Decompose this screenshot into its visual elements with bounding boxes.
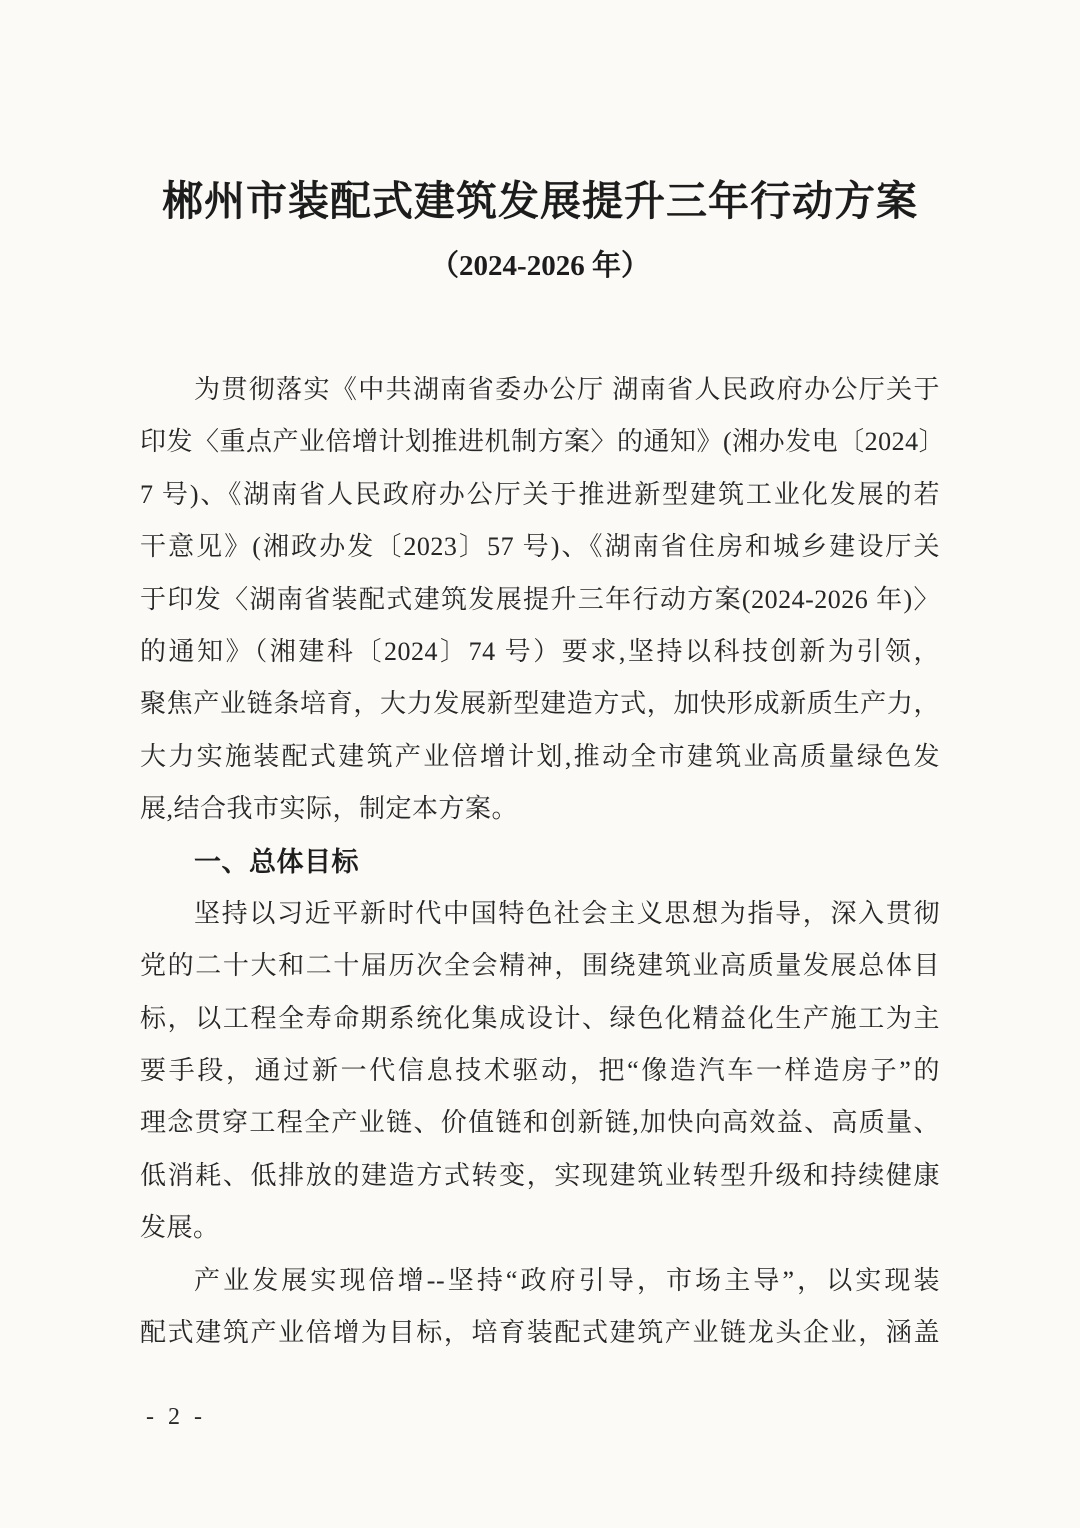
section-heading: 一、总体目标 (140, 836, 940, 888)
paragraph-line: 于印发〈湖南省装配式建筑发展提升三年行动方案(2024-2026 年)〉 (140, 574, 940, 626)
paragraph-line: 大力实施装配式建筑产业倍增计划,推动全市建筑业高质量绿色发 (140, 731, 940, 783)
paragraph-line: 为贯彻落实《中共湖南省委办公厅 湖南省人民政府办公厅关于 (140, 364, 940, 416)
paragraph-line: 党的二十大和二十届历次全会精神，围绕建筑业高质量发展总体目 (140, 940, 940, 992)
page-number: - 2 - (146, 1404, 206, 1431)
paragraph-line: 要手段，通过新一代信息技术驱动，把“像造汽车一样造房子”的 (140, 1045, 940, 1097)
document-title: 郴州市装配式建筑发展提升三年行动方案 (0, 168, 1080, 227)
document-body: 为贯彻落实《中共湖南省委办公厅 湖南省人民政府办公厅关于 印发〈重点产业倍增计划… (140, 364, 940, 1359)
paragraph-line: 坚持以习近平新时代中国特色社会主义思想为指导，深入贯彻 (140, 888, 940, 940)
paragraph-line: 7 号)、《湖南省人民政府办公厅关于推进新型建筑工业化发展的若 (140, 469, 940, 521)
paragraph-line: 理念贯穿工程全产业链、价值链和创新链,加快向高效益、高质量、 (140, 1097, 940, 1149)
paragraph-line: 印发〈重点产业倍增计划推进机制方案〉的通知》(湘办发电〔2024〕 (140, 416, 940, 468)
paragraph-line: 展,结合我市实际，制定本方案。 (140, 783, 940, 835)
document-subtitle: （2024-2026 年） (0, 243, 1080, 284)
paragraph-line: 聚焦产业链条培育，大力发展新型建造方式，加快形成新质生产力， (140, 678, 940, 730)
paragraph-line: 配式建筑产业倍增为目标，培育装配式建筑产业链龙头企业，涵盖 (140, 1307, 940, 1359)
paragraph-line: 低消耗、低排放的建造方式转变，实现建筑业转型升级和持续健康 (140, 1150, 940, 1202)
document-page: 郴州市装配式建筑发展提升三年行动方案 （2024-2026 年） 为贯彻落实《中… (0, 0, 1080, 1528)
paragraph-line: 发展。 (140, 1202, 940, 1254)
paragraph-line: 的通知》（湘建科〔2024〕74 号）要求,坚持以科技创新为引领， (140, 626, 940, 678)
paragraph-line: 标，以工程全寿命期系统化集成设计、绿色化精益化生产施工为主 (140, 993, 940, 1045)
paragraph-line: 产业发展实现倍增--坚持“政府引导，市场主导”，以实现装 (140, 1255, 940, 1307)
paragraph-line: 干意见》(湘政办发〔2023〕57 号)、《湖南省住房和城乡建设厅关 (140, 521, 940, 573)
